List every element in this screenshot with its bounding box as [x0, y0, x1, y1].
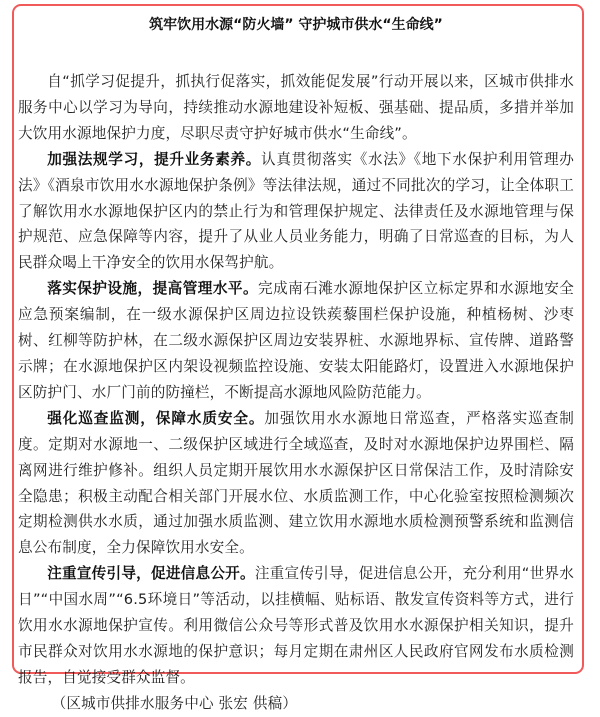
section-text: 认真贯彻落实《水法》《地下水保护利用管理办法》《酒泉市饮用水水源地保护条例》等法…	[18, 151, 574, 272]
section-heading: 落实保护设施，提高管理水平。	[47, 280, 258, 297]
section-heading: 强化巡查监测，保障水质安全。	[47, 410, 264, 427]
section-paragraph-publicity: 注重宣传引导，促进信息公开。注重宣传引导，促进信息公开，充分利用“世界水日”“中…	[18, 561, 574, 691]
section-text: 完成南石滩水源地保护区立标定界和水源地安全应急预案编制，在一级水源保护区周边拉设…	[18, 280, 574, 401]
article-signature: （区城市供排水服务中心 张宏 供稿）	[18, 691, 574, 717]
article-title: 筑牢饮用水源“防火墙” 守护城市供水“生命线”	[18, 12, 574, 36]
article-body: 自“抓学习促提升，抓执行促落实，抓效能促发展”行动开展以来，区城市供排水服务中心…	[18, 69, 574, 717]
intro-paragraph: 自“抓学习促提升，抓执行促落实，抓效能促发展”行动开展以来，区城市供排水服务中心…	[18, 69, 574, 147]
section-paragraph-protection-facilities: 落实保护设施，提高管理水平。完成南石滩水源地保护区立标定界和水源地安全应急预案编…	[18, 276, 574, 406]
section-heading: 加强法规学习，提升业务素养。	[47, 151, 261, 168]
section-heading: 注重宣传引导，促进信息公开。	[47, 565, 255, 582]
section-paragraph-legal-study: 加强法规学习，提升业务素养。认真贯彻落实《水法》《地下水保护利用管理办法》《酒泉…	[18, 147, 574, 277]
article-container: 筑牢饮用水源“防火墙” 守护城市供水“生命线” 自“抓学习促提升，抓执行促落实，…	[12, 4, 584, 674]
section-text: 加强饮用水水源地日常巡查，严格落实巡查制度。定期对水源地一、二级保护区域进行全域…	[18, 410, 574, 557]
section-paragraph-inspection-monitoring: 强化巡查监测，保障水质安全。加强饮用水水源地日常巡查，严格落实巡查制度。定期对水…	[18, 406, 574, 561]
section-text: 注重宣传引导，促进信息公开，充分利用“世界水日”“中国水周”“6.5环境日”等活…	[18, 565, 574, 686]
